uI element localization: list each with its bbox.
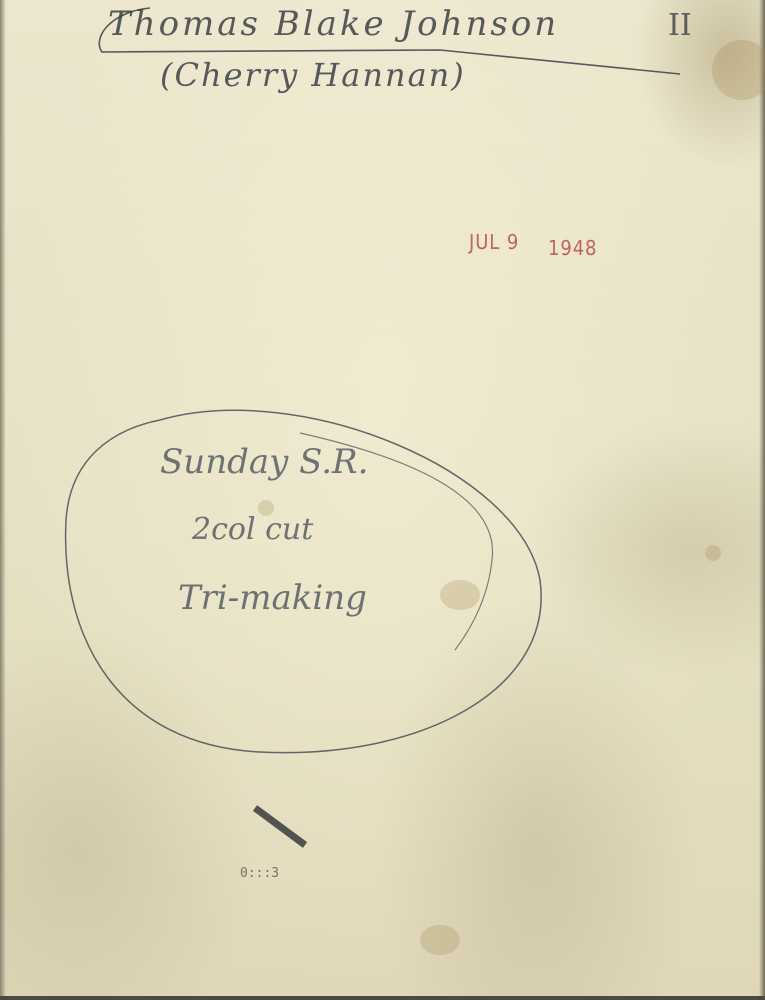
stain-right — [705, 545, 721, 561]
scan-edge-right — [759, 0, 765, 1000]
faint-code-mark: 0:::3 — [240, 866, 279, 881]
note-line-3: Tri-making — [178, 578, 367, 618]
caption-alias: (Cherry Hannan) — [160, 56, 466, 94]
scan-edge-left — [0, 0, 6, 1000]
date-stamp-month-day: JUL 9 — [469, 230, 519, 254]
stain-inside-oval — [440, 580, 480, 610]
date-stamp-year: 1948 — [548, 236, 597, 260]
caption-numeral: II — [668, 8, 692, 43]
stain-bottom — [420, 925, 460, 955]
note-line-1: Sunday S.R. — [160, 442, 368, 482]
stain-top-right — [712, 40, 765, 100]
note-line-2: 2col cut — [192, 512, 313, 547]
paper-background — [0, 0, 765, 1000]
caption-name: Thomas Blake Johnson — [108, 4, 559, 44]
scan-edge-bottom — [0, 996, 765, 1000]
